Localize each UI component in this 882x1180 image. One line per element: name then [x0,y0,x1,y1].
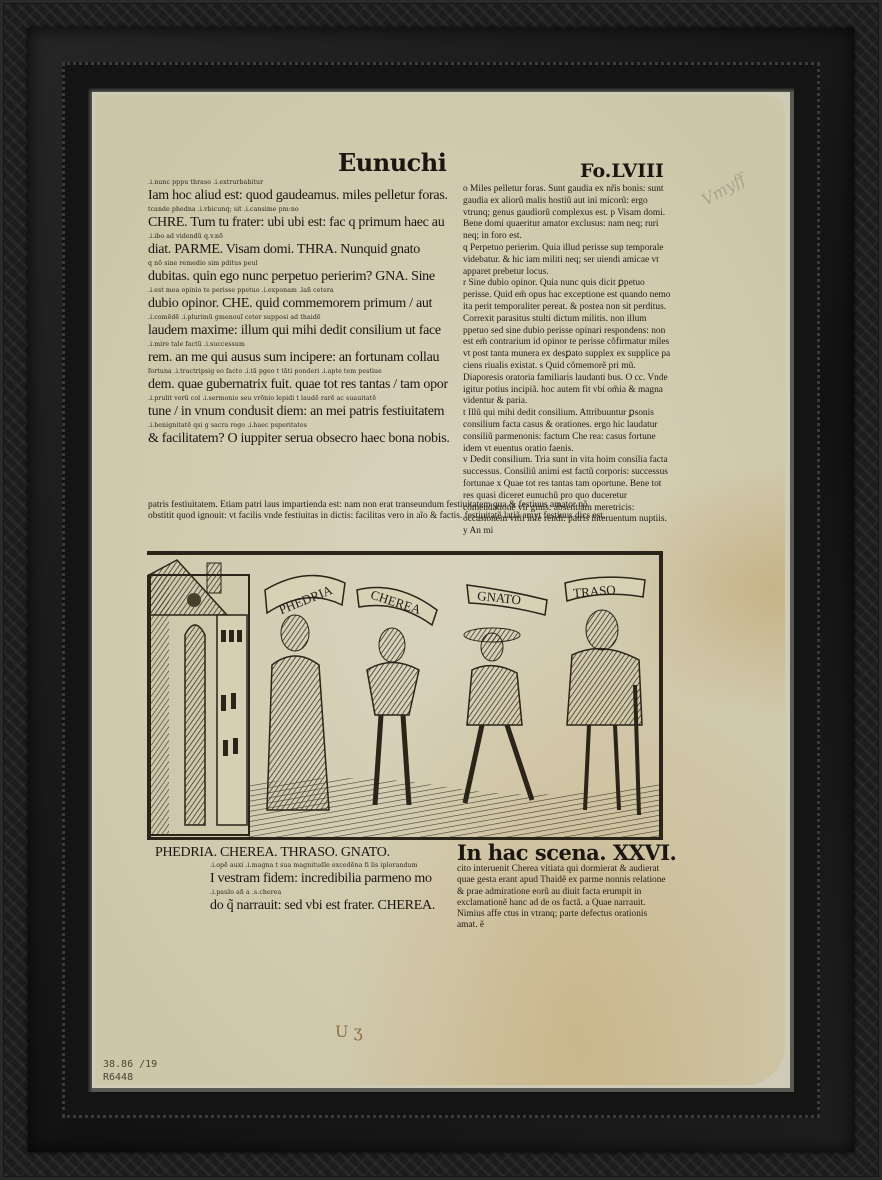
folio-number: Fo.LVIII [580,160,664,182]
interlinear-gloss: .i.est mea opinio te perisse ppetuo .i.e… [148,286,466,295]
verse-line: .i.est mea opinio te perisse ppetuo .i.e… [148,286,466,313]
verse-line: .i.nunc pppu thraso .i.extrurbabiturIam … [148,178,466,205]
verse-line: q nõ sine remedio sim pditus peuldubitas… [148,259,466,286]
interlinear-gloss: .i.opẽ auxi .i.magna t sua magnitudĩe ex… [210,861,445,870]
verse-column: .i.nunc pppu thraso .i.extrurbabiturIam … [148,178,466,448]
svg-text:TRASO: TRASO [573,582,617,601]
scene-verse-block: PHEDRIA. CHEREA. THRASO. GNATO. .i.opẽ a… [155,845,445,915]
house-figure [147,560,249,837]
interlinear-gloss: .i.nunc pppu thraso .i.extrurbabitur [148,178,466,187]
verse-text: diat. PARME. Visam domi. THRA. Nunquid g… [148,241,466,259]
interlinear-gloss: .i.comẽdẽ .i.plurimũ gmenouĩ ceter suppo… [148,313,466,322]
verse-line: tcande phedna .i.vbicunq; sit .i.cansime… [148,205,466,232]
commentary-line: patris festiuitatem. Etiam patri laus im… [148,500,676,511]
verse-text: rem. an me qui ausus sum incipere: an fo… [148,349,466,367]
verse-text: laudem maxime: illum qui mihi dedit cons… [148,322,466,340]
ink-stain-mark: U ʒ [335,1022,363,1041]
banner-gnato: GNATO [467,585,547,615]
accession-line: R6448 [103,1071,157,1084]
interlinear-gloss: fortuna .i.tractripsig eo facto .i.tã pg… [148,367,466,376]
full-width-commentary: patris festiuitatem. Etiam patri laus im… [148,500,676,523]
verse-text: & facilitatem? O iuppiter serua obsecro … [148,430,466,448]
commentary-paragraph: q Perpetuo perierim. Quia illud perisse … [463,243,673,278]
banner-phedria: PHEDRIA [265,575,345,617]
figure-cherea [367,628,419,805]
interlinear-gloss: .i.prulit verũ col .i.sermonio seu vrõni… [148,394,466,403]
verse-line: fortuna .i.tractripsig eo facto .i.tã pg… [148,367,466,394]
verse-line: .i.comẽdẽ .i.plurimũ gmenouĩ ceter suppo… [148,313,466,340]
accession-number: 38.86 /19 R6448 [103,1058,157,1084]
page-title: Eunuchi [338,148,446,177]
interlinear-gloss: .i.benignitatẽ qsi g sacra rogo .i.haec … [148,421,466,430]
commentary-paragraph: r Sine dubio opinor. Quia nunc quis dici… [463,278,673,408]
verse-text: do q̃ narrauit: sed vbi est frater. CHER… [210,897,445,915]
commentary-column: o Miles pelletur foras. Sunt gaudia ex n… [463,184,673,538]
commentary-line: obstitit quod ignouit: vt facilis vnde f… [148,511,676,522]
commentary-paragraph: v Dedit consilium. Tria sunt in vita hoi… [463,455,673,538]
verse-line: .i.prulit verũ col .i.sermonio seu vrõni… [148,394,466,421]
figure-thraso [567,610,642,815]
verse-text: dubio opinor. CHE. quid commemorem primu… [148,295,466,313]
figure-phedria [267,615,329,810]
verse-text: tune / in vnum condusit diem: an mei pat… [148,403,466,421]
woodcut-scene: PHEDRIA CHEREA GNATO TRASO [147,555,659,837]
interlinear-gloss: tcande phedna .i.vbicunq; sit .i.cansime… [148,205,466,214]
verse-text: CHRE. Tum tu frater: ubi ubi est: fac q … [148,214,466,232]
commentary-paragraph: t Illũ qui mihi dedit consilium. Attribu… [463,408,673,455]
verse-text: dubitas. quin ego nunc perpetuo perierim… [148,268,466,286]
scene-commentary: cito interuenit Cherea vitiata qui dormi… [457,864,669,932]
woodcut-illustration: PHEDRIA CHEREA GNATO TRASO [147,551,663,840]
interlinear-gloss: .i.paulo añ a .s.cherea [210,888,445,897]
commentary-paragraph: o Miles pelletur foras. Sunt gaudia ex n… [463,184,673,243]
verse-line: .i.benignitatẽ qsi g sacra rogo .i.haec … [148,421,466,448]
banner-traso: TRASO [565,577,645,601]
verse-line: .i.mire tale factũ .i.successumrem. an m… [148,340,466,367]
interlinear-gloss: q nõ sine remedio sim pditus peul [148,259,466,268]
cast-list: PHEDRIA. CHEREA. THRASO. GNATO. [155,845,445,861]
figure-gnato [464,628,532,803]
banner-cherea: CHEREA [357,587,437,625]
verse-text: I vestram fidem: incredibilia parmeno mo [210,870,445,888]
scene-heading: In hac scena. XXVI. [457,840,676,865]
interlinear-gloss: .i.mire tale factũ .i.successum [148,340,466,349]
verse-text: Iam hoc aliud est: quod gaudeamus. miles… [148,187,466,205]
verse-text: dem. quae gubernatrix fuit. quae tot res… [148,376,466,394]
verse-line: .i.ibo ad videndũ q.v.nõdiat. PARME. Vis… [148,232,466,259]
commentary-paragraph: cito interuenit Cherea vitiata qui dormi… [457,864,669,932]
interlinear-gloss: .i.ibo ad videndũ q.v.nõ [148,232,466,241]
accession-line: 38.86 /19 [103,1058,157,1071]
